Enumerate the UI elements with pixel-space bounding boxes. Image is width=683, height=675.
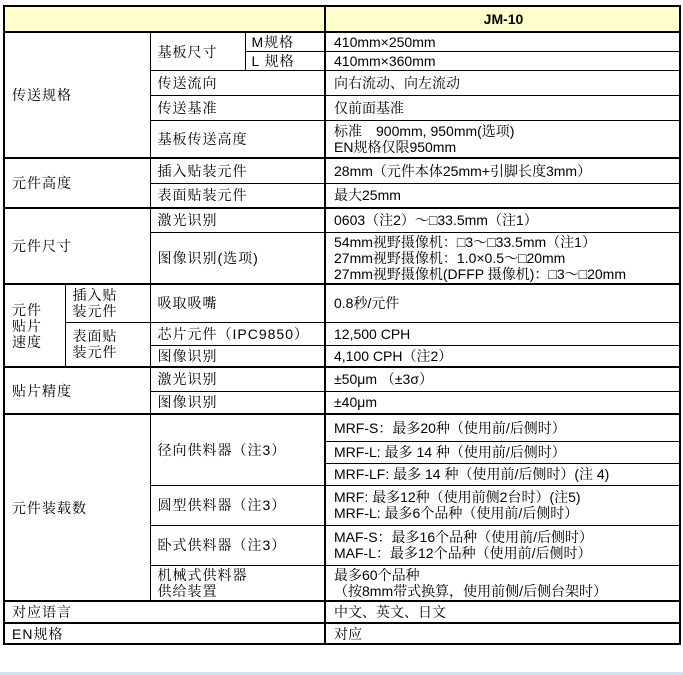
label-feeder-capacity: 元件装载数 [4, 414, 150, 601]
page-background: JM-10 传送规格 基板尺寸 M规格 410mm×250mm L 规格 410… [0, 0, 683, 675]
value-radial-feeder-mrfl: MRF-L: 最多 14 种（使用前/后侧时） [325, 441, 680, 463]
label-board-size-m: M规格 [245, 32, 325, 52]
value-pickup-nozzle: 0.8秒/元件 [325, 284, 680, 322]
label-placement-accuracy: 贴片精度 [4, 367, 150, 414]
value-vision-recognition-size: 54mm视野摄像机：□3～□33.5mm（注1） 27mm视野摄像机：1.0×0… [325, 233, 680, 285]
label-transport-datum: 传送基准 [150, 96, 325, 121]
value-insert-component-height: 28mm（元件本体25mm+引脚长度3mm） [325, 158, 680, 184]
value-board-size-m: 410mm×250mm [325, 32, 680, 52]
label-placement-speed: 元件 贴片 速度 [4, 284, 65, 367]
label-round-feeder: 圆型供料器（注3） [150, 485, 325, 525]
table-row: 对应语言 中文、英文、日文 [4, 601, 680, 623]
value-round-feeder: MRF: 最多12种（使用前侧2台时）(注5) MRF-L: 最多6个品种（使用… [325, 485, 680, 525]
value-smd-component-height: 最大25mm [325, 184, 680, 208]
label-insert-component: 插入贴装元件 [150, 158, 325, 184]
value-vision-recognition-accuracy: ±40μm [325, 391, 680, 414]
value-supported-languages: 中文、英文、日文 [325, 601, 680, 623]
label-mechanical-feeder: 机械式供料器 供给装置 [150, 565, 325, 601]
table-row: 表面贴 装元件 芯片元件（IPC9850） 12,500 CPH [4, 322, 680, 345]
value-horizontal-feeder: MAF-S：最多16个品种（使用前/后侧时） MAF-L：最多12个品种（使用前… [325, 525, 680, 565]
value-board-size-l: 410mm×360mm [325, 52, 680, 71]
value-mechanical-feeder: 最多60个品种 （按8mm带式换算，使用前侧/后侧台架时） [325, 565, 680, 601]
value-laser-recognition-size: 0603（注2）～□33.5mm（注1） [325, 208, 680, 233]
label-pickup-nozzle: 吸取吸嘴 [150, 284, 325, 322]
label-component-height: 元件高度 [4, 158, 150, 208]
label-vision-recognition-size: 图像识别(选项) [150, 233, 325, 285]
label-chip-component: 芯片元件（IPC9850） [150, 322, 325, 345]
label-laser-recognition-size: 激光识别 [150, 208, 325, 233]
table-row: 元件尺寸 激光识别 0603（注2）～□33.5mm（注1） [4, 208, 680, 233]
value-laser-recognition-accuracy: ±50μm （±3σ） [325, 367, 680, 391]
header-row: JM-10 [4, 6, 680, 32]
value-transport-flow: 向右流动、向左流动 [325, 71, 680, 96]
value-radial-feeder-mrfs: MRF-S：最多20种（使用前/后侧时） [325, 414, 680, 441]
label-board-size: 基板尺寸 [150, 32, 245, 71]
value-chip-component-speed: 12,500 CPH [325, 322, 680, 345]
table-row: 元件高度 插入贴装元件 28mm（元件本体25mm+引脚长度3mm） [4, 158, 680, 184]
table-row: 传送规格 基板尺寸 M规格 410mm×250mm [4, 32, 680, 52]
spec-table: JM-10 传送规格 基板尺寸 M规格 410mm×250mm L 规格 410… [3, 5, 681, 645]
value-transport-datum: 仅前面基准 [325, 96, 680, 121]
label-radial-feeder: 径向供料器（注3） [150, 414, 325, 485]
label-board-size-l: L 规格 [245, 52, 325, 71]
label-transport-flow: 传送流向 [150, 71, 325, 96]
value-vision-recognition-speed: 4,100 CPH（注2） [325, 345, 680, 367]
label-vision-recognition-speed: 图像识别 [150, 345, 325, 367]
table-row: EN规格 对应 [4, 623, 680, 644]
label-speed-smd-component: 表面贴 装元件 [65, 322, 150, 367]
label-en-spec: EN规格 [4, 623, 325, 644]
value-en-spec: 对应 [325, 623, 680, 644]
model-header: JM-10 [325, 6, 680, 32]
label-speed-insert-component: 插入贴 装元件 [65, 284, 150, 322]
label-vision-recognition-accuracy: 图像识别 [150, 391, 325, 414]
value-radial-feeder-mrflf: MRF-LF: 最多 14 种（使用前/后侧时）(注 4) [325, 463, 680, 485]
label-horizontal-feeder: 卧式供料器（注3） [150, 525, 325, 565]
value-board-transport-height: 标准 900mm, 950mm(选项) EN规格仅限950mm [325, 121, 680, 158]
table-row: 元件装载数 径向供料器（注3） MRF-S：最多20种（使用前/后侧时） [4, 414, 680, 441]
label-component-size: 元件尺寸 [4, 208, 150, 285]
label-transport-spec: 传送规格 [4, 32, 150, 158]
table-row: 贴片精度 激光识别 ±50μm （±3σ） [4, 367, 680, 391]
label-board-transport-height: 基板传送高度 [150, 121, 325, 158]
header-spacer [4, 6, 325, 32]
label-laser-recognition-accuracy: 激光识别 [150, 367, 325, 391]
label-supported-languages: 对应语言 [4, 601, 325, 623]
label-smd-component: 表面贴装元件 [150, 184, 325, 208]
table-row: 元件 贴片 速度 插入贴 装元件 吸取吸嘴 0.8秒/元件 [4, 284, 680, 322]
